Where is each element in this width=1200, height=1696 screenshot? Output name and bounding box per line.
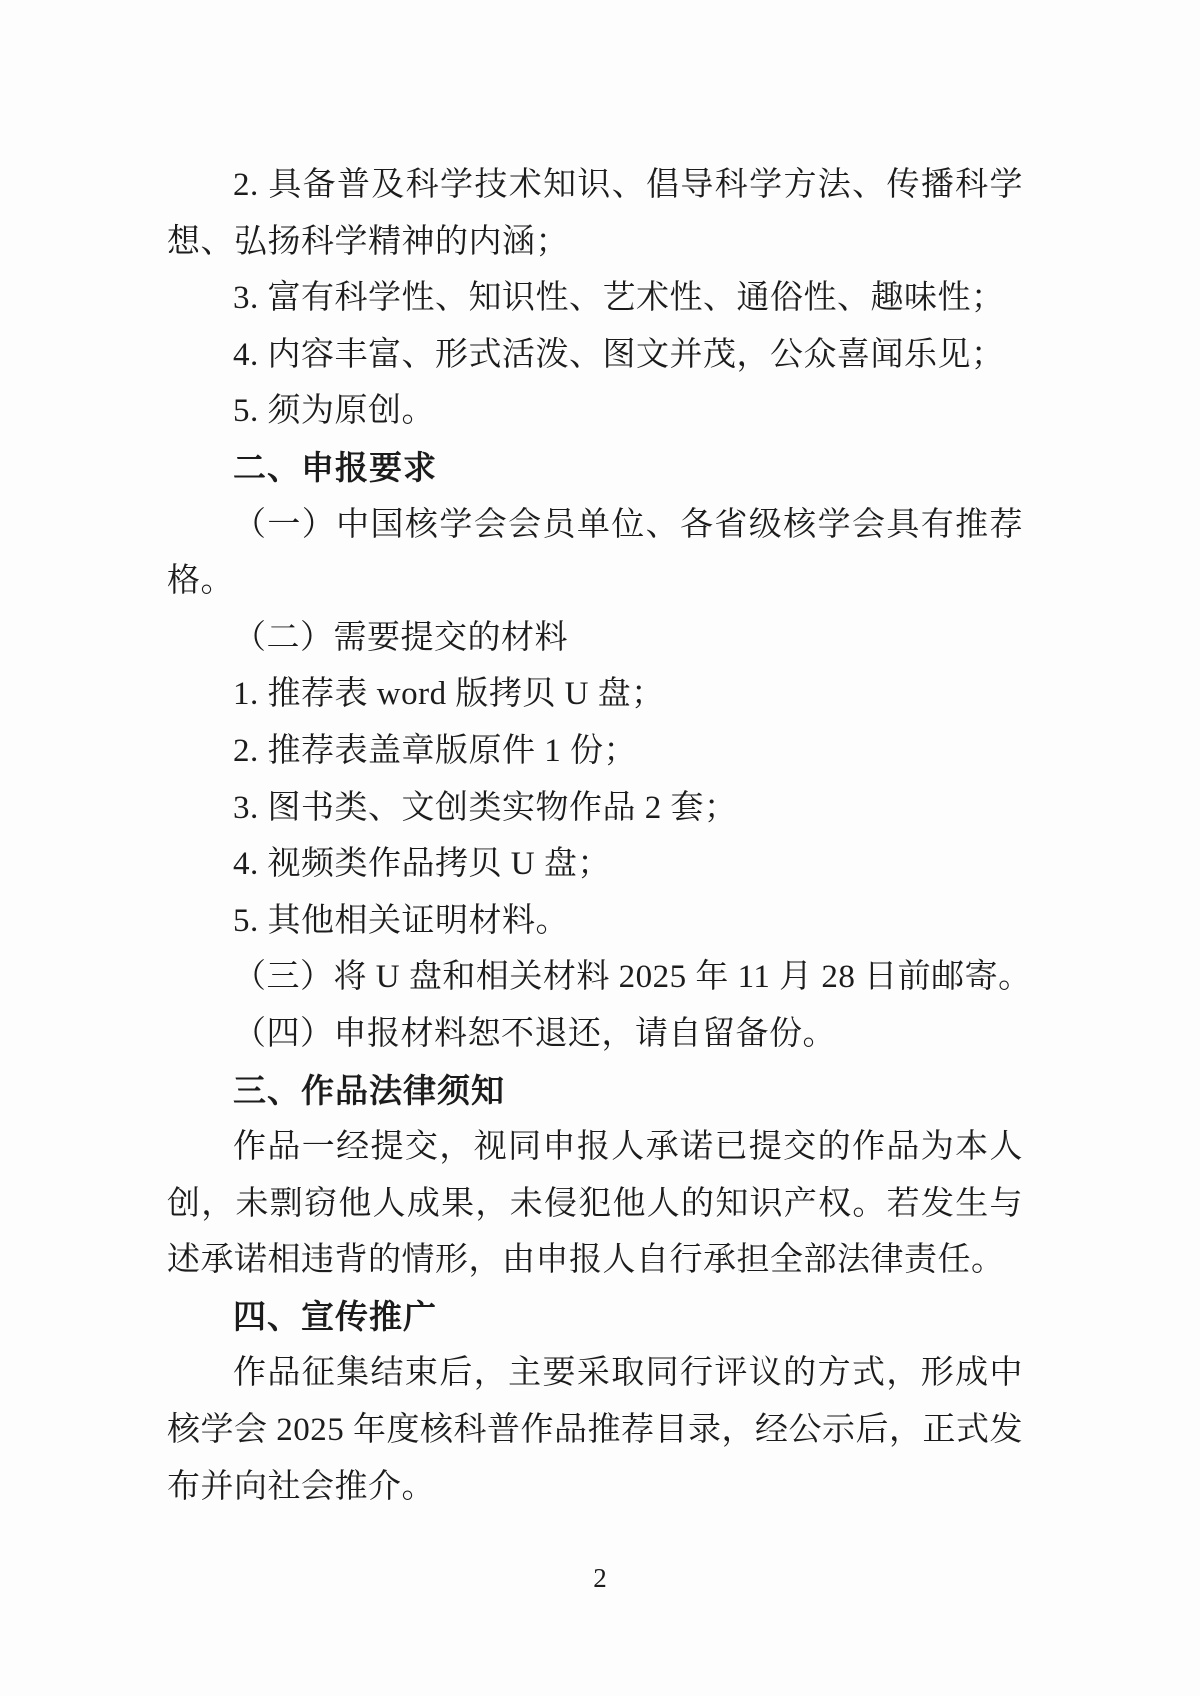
document-body: 2. 具备普及科学技术知识、倡导科学方法、传播科学思 想、弘扬科学精神的内涵； … [167,157,1023,1515]
section-heading-3: 三、作品法律须知 [167,1063,1023,1120]
text-line: 想、弘扬科学精神的内涵； [167,214,1023,271]
list-item: 3. 图书类、文创类实物作品 2 套； [167,780,1023,837]
text-line: 述承诺相违背的情形，由申报人自行承担全部法律责任。 [167,1232,1023,1289]
text-line: 格。 [167,553,1023,610]
list-item: 4. 视频类作品拷贝 U 盘； [167,836,1023,893]
list-item: 2. 推荐表盖章版原件 1 份； [167,723,1023,780]
text-line: 3. 富有科学性、知识性、艺术性、通俗性、趣味性； [167,270,1023,327]
list-item: 1. 推荐表 word 版拷贝 U 盘； [167,666,1023,723]
text-line: （四）申报材料恕不退还，请自留备份。 [167,1006,1023,1063]
text-line: 创，未剽窃他人成果，未侵犯他人的知识产权。若发生与上 [167,1176,1023,1233]
text-line: （三）将 U 盘和相关材料 2025 年 11 月 28 日前邮寄。 [167,949,1023,1006]
text-line: 4. 内容丰富、形式活泼、图文并茂，公众喜闻乐见； [167,327,1023,384]
text-line: 5. 须为原创。 [167,383,1023,440]
document-page: 2. 具备普及科学技术知识、倡导科学方法、传播科学思 想、弘扬科学精神的内涵； … [0,0,1200,1696]
section-heading-4: 四、宣传推广 [167,1289,1023,1346]
text-line: （二）需要提交的材料 [167,610,1023,667]
text-line: 2. 具备普及科学技术知识、倡导科学方法、传播科学思 [167,157,1023,214]
text-line: （一）中国核学会会员单位、各省级核学会具有推荐资 [167,497,1023,554]
section-heading-2: 二、申报要求 [167,440,1023,497]
list-item: 5. 其他相关证明材料。 [167,893,1023,950]
text-line: 作品征集结束后，主要采取同行评议的方式，形成中国 [167,1345,1023,1402]
text-line: 布并向社会推介。 [167,1459,1023,1516]
page-number: 2 [0,1558,1200,1598]
text-line: 作品一经提交，视同申报人承诺已提交的作品为本人原 [167,1119,1023,1176]
text-line: 核学会 2025 年度核科普作品推荐目录，经公示后，正式发 [167,1402,1023,1459]
